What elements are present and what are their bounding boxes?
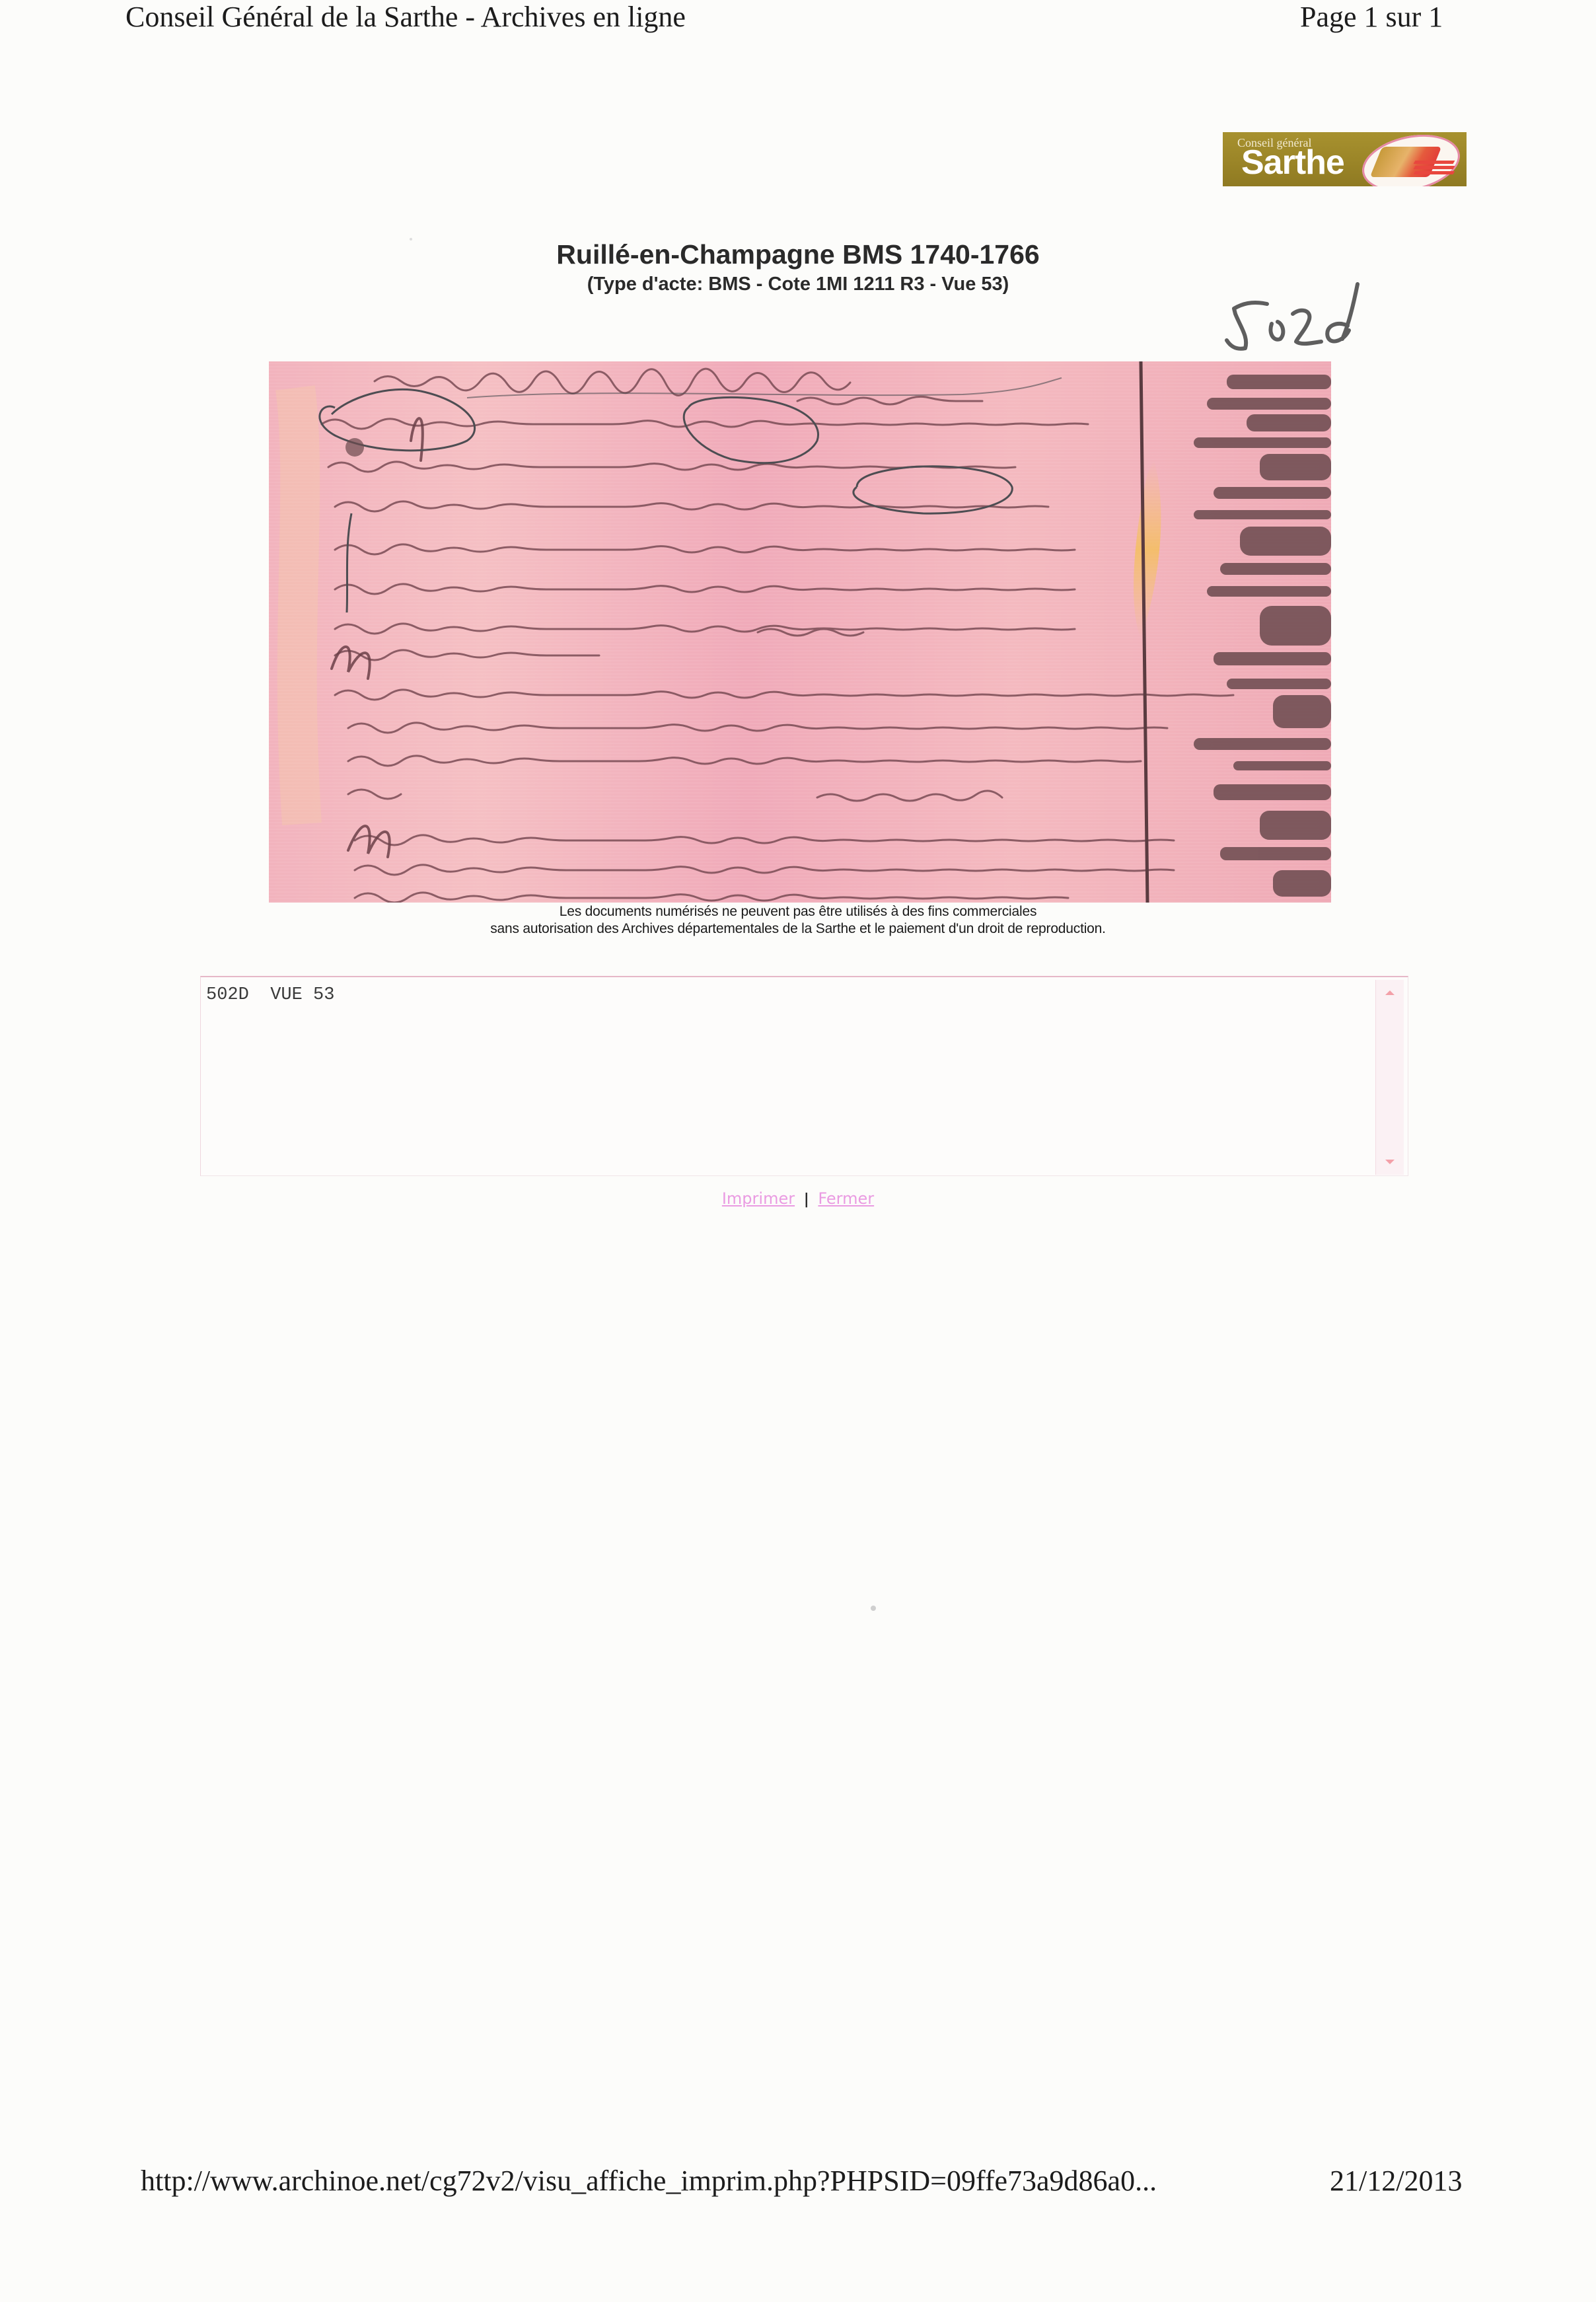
notes-textarea[interactable]: 502D VUE 53	[200, 976, 1408, 1176]
close-link[interactable]: Fermer	[818, 1189, 874, 1208]
scroll-down-arrow-icon[interactable]	[1385, 1160, 1395, 1164]
handwritten-502d-icon	[1189, 268, 1361, 353]
document-title: Ruillé-en-Champagne BMS 1740-1766	[0, 239, 1596, 270]
handwritten-annotation	[1189, 268, 1361, 353]
print-header-title: Conseil Général de la Sarthe - Archives …	[126, 0, 686, 34]
print-header-page-number: Page 1 sur 1	[1300, 0, 1443, 34]
scroll-up-arrow-icon[interactable]	[1385, 990, 1395, 995]
copyright-notice-line-1: Les documents numérisés ne peuvent pas ê…	[0, 904, 1596, 920]
manuscript-handwriting	[269, 361, 1331, 903]
scan-speck	[871, 1606, 876, 1611]
print-footer-url: http://www.archinoe.net/cg72v2/visu_affi…	[141, 2164, 1157, 2198]
link-separator: |	[804, 1191, 809, 1208]
sarthe-logo: Conseil général Sarthe	[1223, 132, 1467, 186]
print-footer-date: 21/12/2013	[1330, 2164, 1462, 2198]
manuscript-image	[269, 361, 1331, 903]
notes-scrollbar[interactable]	[1375, 980, 1404, 1175]
print-link[interactable]: Imprimer	[722, 1189, 795, 1208]
logo-name: Sarthe	[1241, 145, 1344, 180]
notes-textarea-value[interactable]: 502D VUE 53	[206, 985, 334, 1005]
logo-stripes-icon	[1414, 159, 1454, 178]
action-links: Imprimer | Fermer	[0, 1189, 1596, 1208]
copyright-notice-line-2: sans autorisation des Archives départeme…	[0, 921, 1596, 937]
scan-speck	[410, 238, 412, 241]
